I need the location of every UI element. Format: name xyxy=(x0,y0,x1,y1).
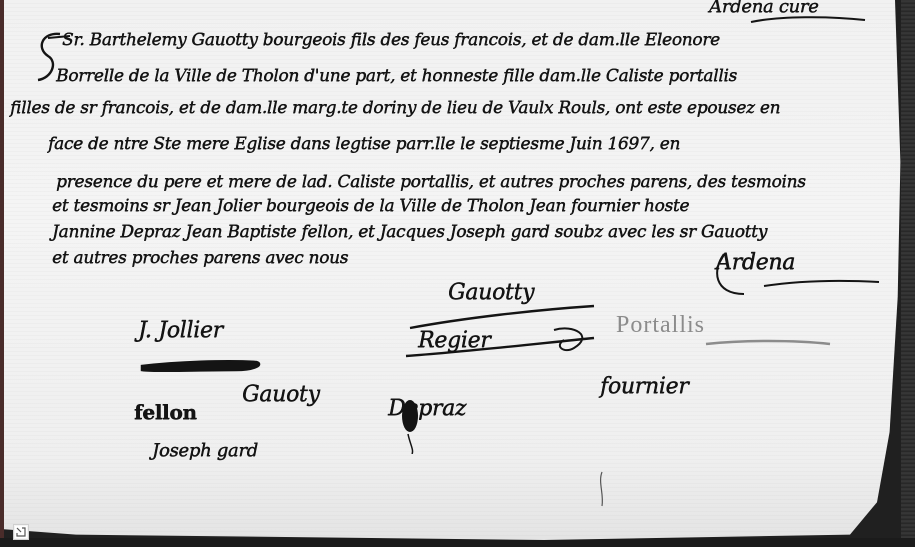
document-line-5: presence du pere et mere de lad. Caliste… xyxy=(56,172,806,192)
depraz-blot xyxy=(386,394,426,454)
underline-flourish xyxy=(749,14,869,28)
document-line-8: et autres proches parens avec nous xyxy=(52,248,348,268)
signature-regier: Regier xyxy=(418,328,490,353)
document-line-6: et tesmoins sr Jean Jolier bourgeois de … xyxy=(52,196,689,216)
signature-gauoty: Gauoty xyxy=(242,382,320,407)
document-line-1: Sr. Barthelemy Gauotty bourgeois fils de… xyxy=(62,30,720,50)
scan-edge-right xyxy=(901,0,915,547)
document-line-2: Borrelle de la Ville de Tholon d'une par… xyxy=(56,66,737,86)
document-viewer: Ardena cure Sr. Barthelemy Gauotty bourg… xyxy=(0,0,915,547)
officiant-flourish xyxy=(704,250,884,300)
signature-jollier: J. Jollier xyxy=(138,318,223,343)
fullscreen-icon xyxy=(14,525,28,539)
jollier-underline xyxy=(136,356,266,376)
document-line-4: face de ntre Ste mere Eglise dans legtis… xyxy=(48,134,680,154)
ink-mark xyxy=(594,470,614,510)
left-border xyxy=(0,0,4,547)
signature-portallis: Portallis xyxy=(616,312,705,339)
scan-edge-bottom xyxy=(0,538,915,547)
portallis-underline xyxy=(704,338,834,352)
signature-joseph-gard: Joseph gard xyxy=(152,440,258,461)
fullscreen-button[interactable] xyxy=(13,524,29,540)
document-line-7: Jannine Depraz Jean Baptiste fellon, et … xyxy=(52,222,767,242)
signature-fellon: fellon xyxy=(134,400,197,424)
document-line-3: filles de sr francois, et de dam.lle mar… xyxy=(10,98,780,118)
signature-fournier: fournier xyxy=(600,374,688,399)
document-page: Ardena cure Sr. Barthelemy Gauotty bourg… xyxy=(4,0,904,540)
